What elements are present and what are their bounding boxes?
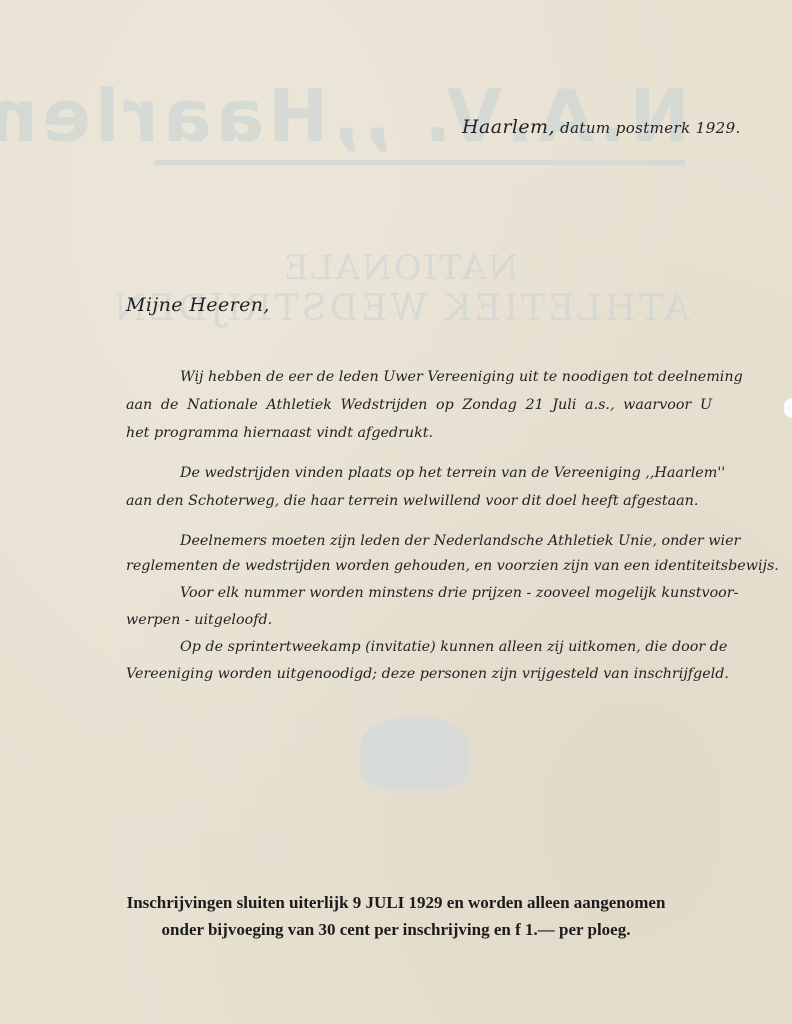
dateline: Haarlem, datum postmerk 1929.: [462, 116, 741, 138]
paragraph-3-line-2: reglementen de wedstrijden worden gehoud…: [126, 558, 712, 574]
bleed-through-emblem: [360, 718, 470, 790]
dateline-date: datum postmerk 1929.: [560, 119, 741, 137]
paragraph-2-line-2: aan den Schoterweg, die haar terrein wel…: [126, 493, 712, 509]
paragraph-4-line-2: werpen - uitgeloofd.: [126, 612, 712, 628]
paragraph-1-line-1: Wij hebben de eer de leden Uwer Vereenig…: [180, 369, 712, 385]
paragraph-5-line-1: Op de sprintertweekamp (invitatie) kunne…: [180, 639, 712, 655]
paragraph-1-line-2: aan de Nationale Athletiek Wedstrijden o…: [126, 397, 712, 413]
footer-line-1: Inschrijvingen sluiten uiterlijk 9 JULI …: [100, 893, 692, 913]
paragraph-4-line-1: Voor elk nummer worden minstens drie pri…: [180, 585, 712, 601]
paragraph-2-line-1: De wedstrijden vinden plaats op het terr…: [180, 465, 712, 481]
paragraph-1-line-3: het programma hiernaast vindt afgedrukt.: [126, 425, 712, 441]
bleed-through-line-2: ATHLETIEK WEDSTRIJDEN: [200, 288, 690, 329]
bleed-through-line-1: NATIONALE: [280, 248, 520, 288]
bleed-through-underline: [155, 160, 685, 165]
paragraph-5-line-2: Vereeniging worden uitgenoodigd; deze pe…: [126, 666, 712, 682]
salutation: Mijne Heeren,: [126, 294, 270, 316]
paragraph-3-line-1: Deelnemers moeten zijn leden der Nederla…: [180, 533, 712, 549]
punch-hole: [784, 398, 792, 418]
footer-line-2: onder bijvoeging van 30 cent per inschri…: [100, 920, 692, 940]
dateline-place: Haarlem,: [462, 116, 555, 138]
